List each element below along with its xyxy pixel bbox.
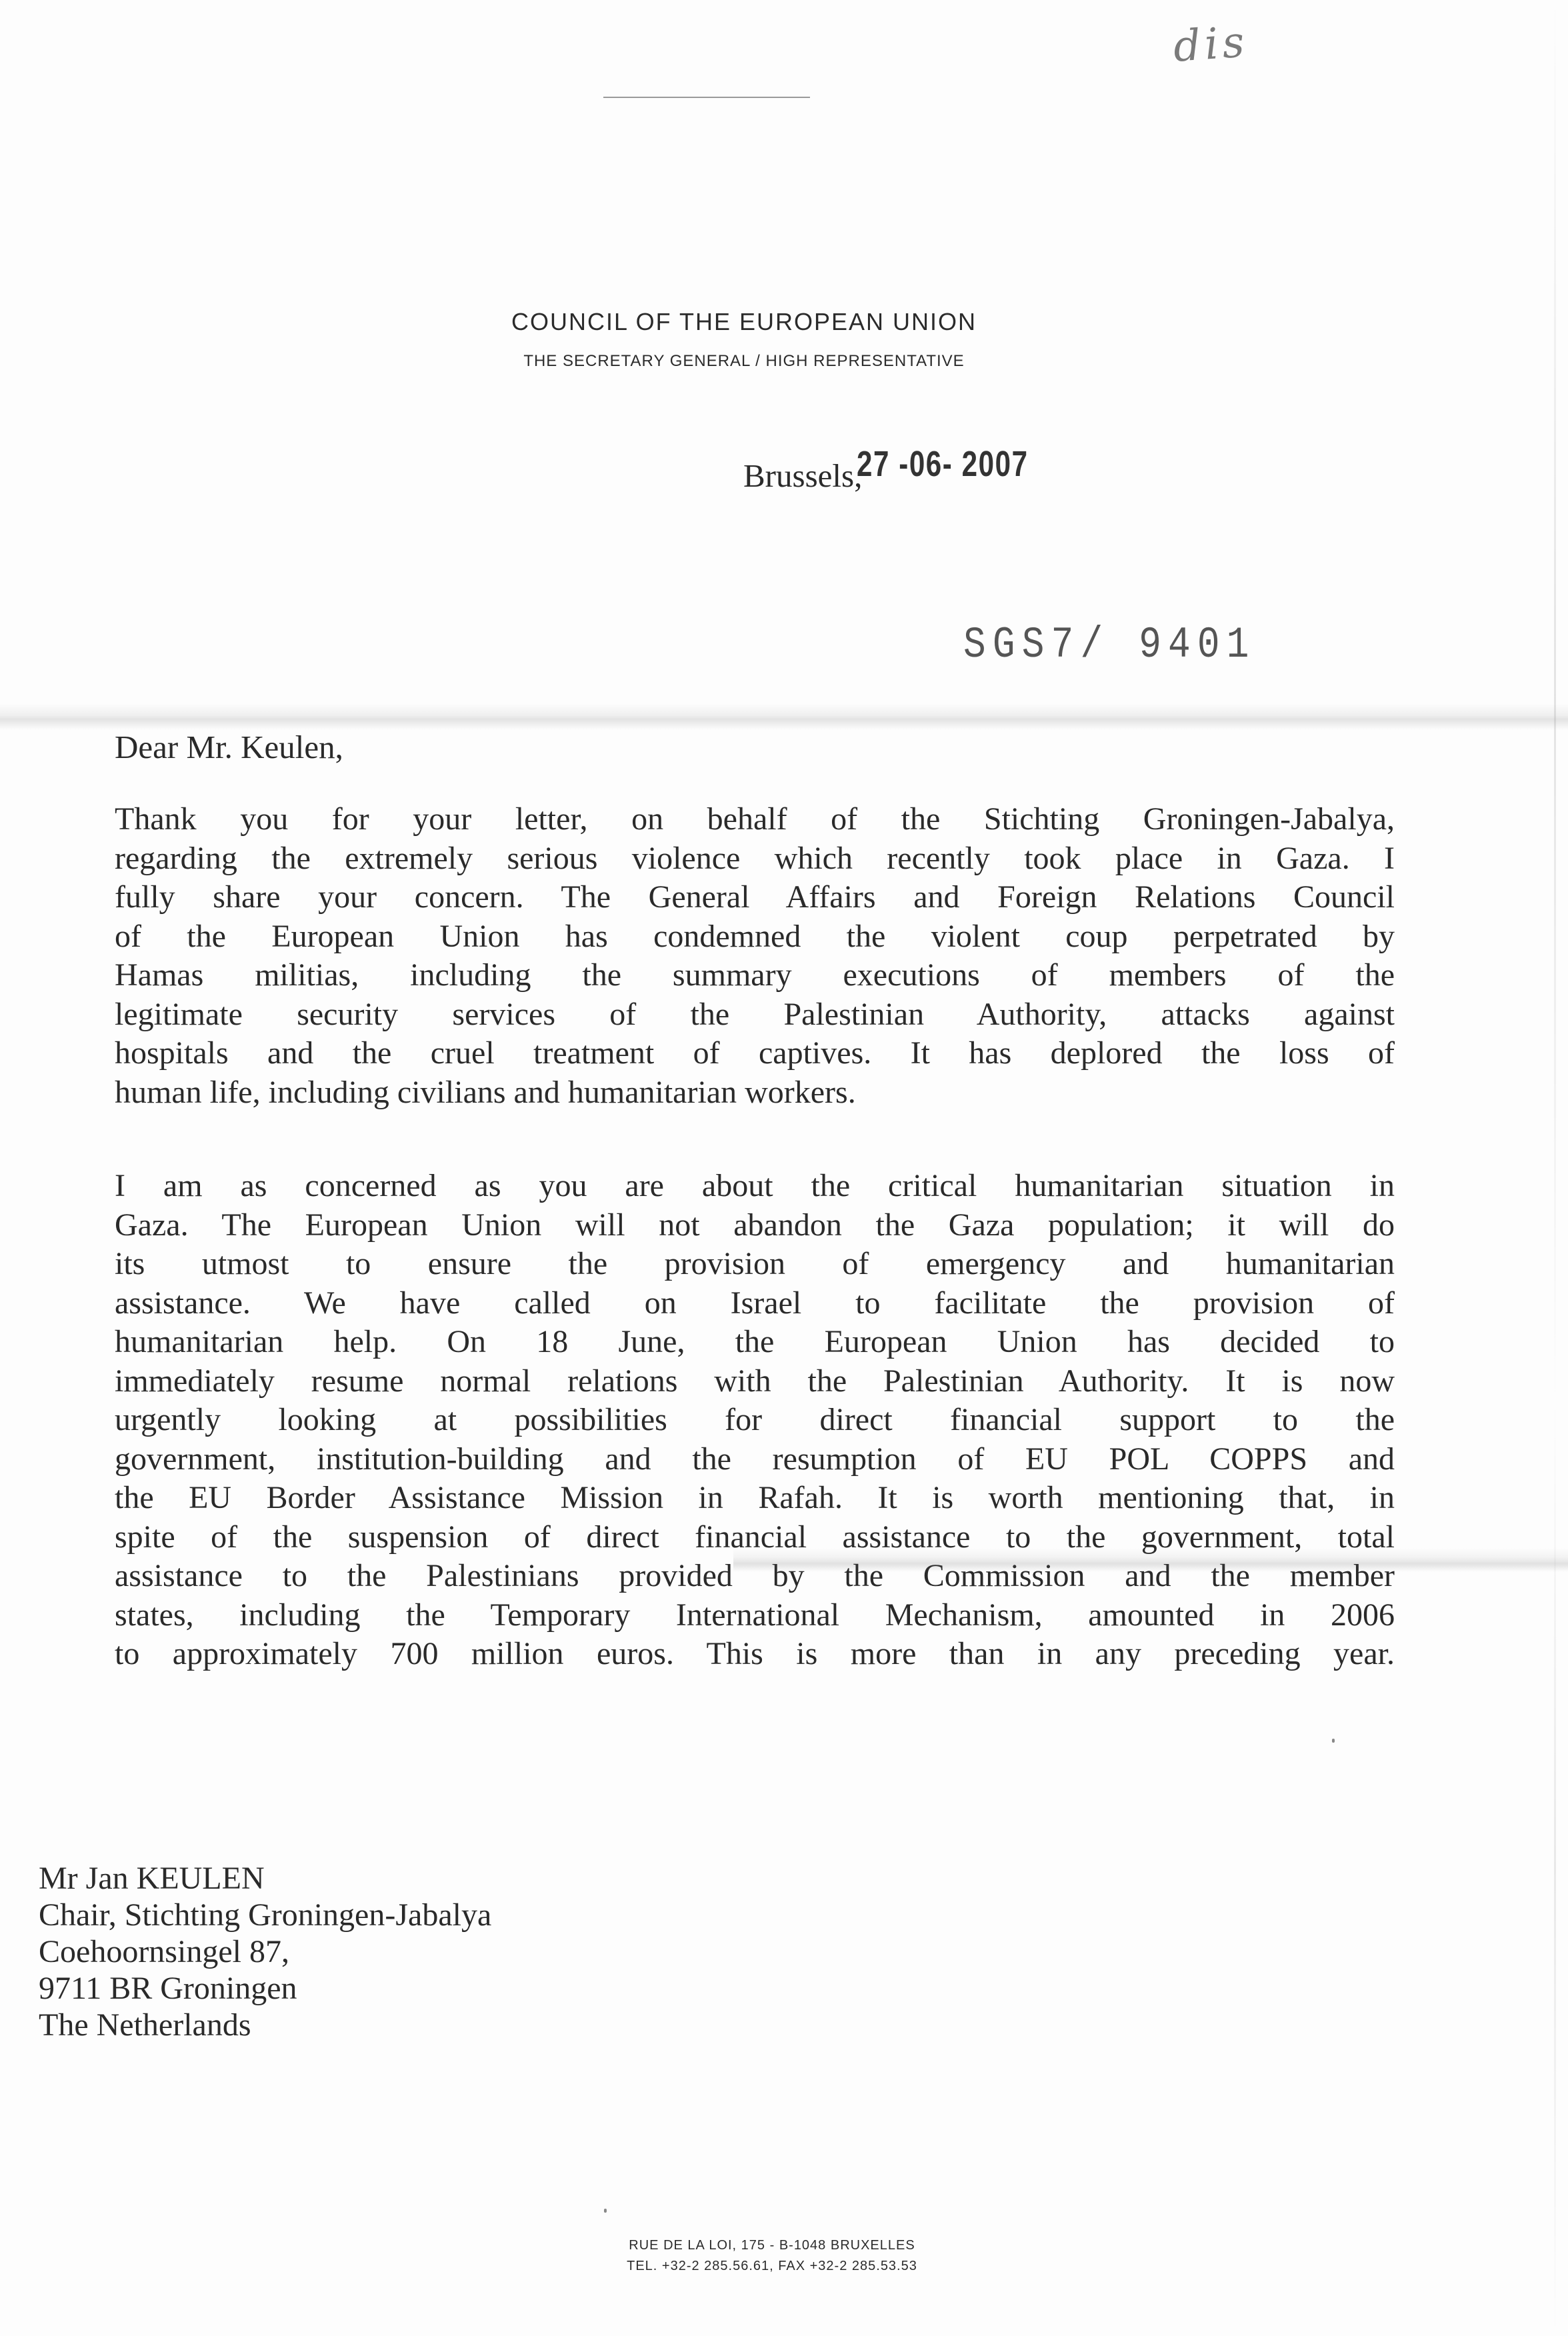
address-street: Coehoornsingel 87, xyxy=(39,1933,491,1970)
paragraph-line: government, institution-building and the… xyxy=(115,1440,1395,1479)
paragraph-line: assistance to the Palestinians provided … xyxy=(115,1557,1395,1596)
letterhead-office: THE SECRETARY GENERAL / HIGH REPRESENTAT… xyxy=(0,352,1528,371)
paragraph-line: the EU Border Assistance Mission in Rafa… xyxy=(115,1479,1395,1518)
paragraph-line: spite of the suspension of direct financ… xyxy=(115,1518,1395,1557)
paragraph-line: assistance. We have called on Israel to … xyxy=(115,1284,1395,1323)
footer-contact: TEL. +32-2 285.56.61, FAX +32-2 285.53.5… xyxy=(0,2259,1556,2274)
recipient-address: Mr Jan KEULEN Chair, Stichting Groningen… xyxy=(39,1860,491,2043)
paragraph-line: Hamas militias, including the summary ex… xyxy=(115,956,1395,995)
paragraph-line: urgently looking at possibilities for di… xyxy=(115,1401,1395,1440)
date-stamp: 27 -06- 2007 xyxy=(857,443,1029,485)
dateline-place: Brussels, xyxy=(743,457,862,495)
scan-speck xyxy=(1332,1739,1335,1743)
paragraph-line: its utmost to ensure the provision of em… xyxy=(115,1245,1395,1284)
address-city: 9711 BR Groningen xyxy=(39,1970,491,2007)
salutation: Dear Mr. Keulen, xyxy=(115,728,343,766)
paragraph-line: Gaza. The European Union will not abando… xyxy=(115,1206,1395,1245)
paragraph-line: fully share your concern. The General Af… xyxy=(115,878,1395,917)
paper-edge xyxy=(1554,0,1556,2336)
paragraph-line: states, including the Temporary Internat… xyxy=(115,1596,1395,1635)
paragraph-line: to approximately 700 million euros. This… xyxy=(115,1635,1395,1674)
paragraph-line: legitimate security services of the Pale… xyxy=(115,995,1395,1035)
address-name: Mr Jan KEULEN xyxy=(39,1860,491,1897)
paragraph-line: Thank you for your letter, on behalf of … xyxy=(115,800,1395,839)
top-rule-line xyxy=(603,97,810,98)
paper-fold-crease xyxy=(0,703,1568,730)
address-country: The Netherlands xyxy=(39,2007,491,2043)
paragraph-line: human life, including civilians and huma… xyxy=(115,1073,1395,1113)
handwritten-annotation: dis xyxy=(1172,17,1250,72)
letterhead-organization: COUNCIL OF THE EUROPEAN UNION xyxy=(0,308,1528,336)
body-paragraph-1: Thank you for your letter, on behalf of … xyxy=(115,800,1395,1112)
scan-speck xyxy=(604,2209,607,2213)
paragraph-line: of the European Union has condemned the … xyxy=(115,917,1395,957)
body-paragraph-2: I am as concerned as you are about the c… xyxy=(115,1167,1395,1674)
reference-stamp: SGS7/ 9401 xyxy=(963,620,1256,670)
footer-address: RUE DE LA LOI, 175 - B-1048 BRUXELLES xyxy=(0,2238,1556,2253)
paragraph-line: humanitarian help. On 18 June, the Europ… xyxy=(115,1323,1395,1362)
paragraph-line: immediately resume normal relations with… xyxy=(115,1362,1395,1401)
paragraph-line: I am as concerned as you are about the c… xyxy=(115,1167,1395,1206)
paragraph-line: hospitals and the cruel treatment of cap… xyxy=(115,1034,1395,1073)
paragraph-line: regarding the extremely serious violence… xyxy=(115,839,1395,879)
letter-page: dis COUNCIL OF THE EUROPEAN UNION THE SE… xyxy=(0,0,1568,2336)
address-title: Chair, Stichting Groningen-Jabalya xyxy=(39,1897,491,1933)
